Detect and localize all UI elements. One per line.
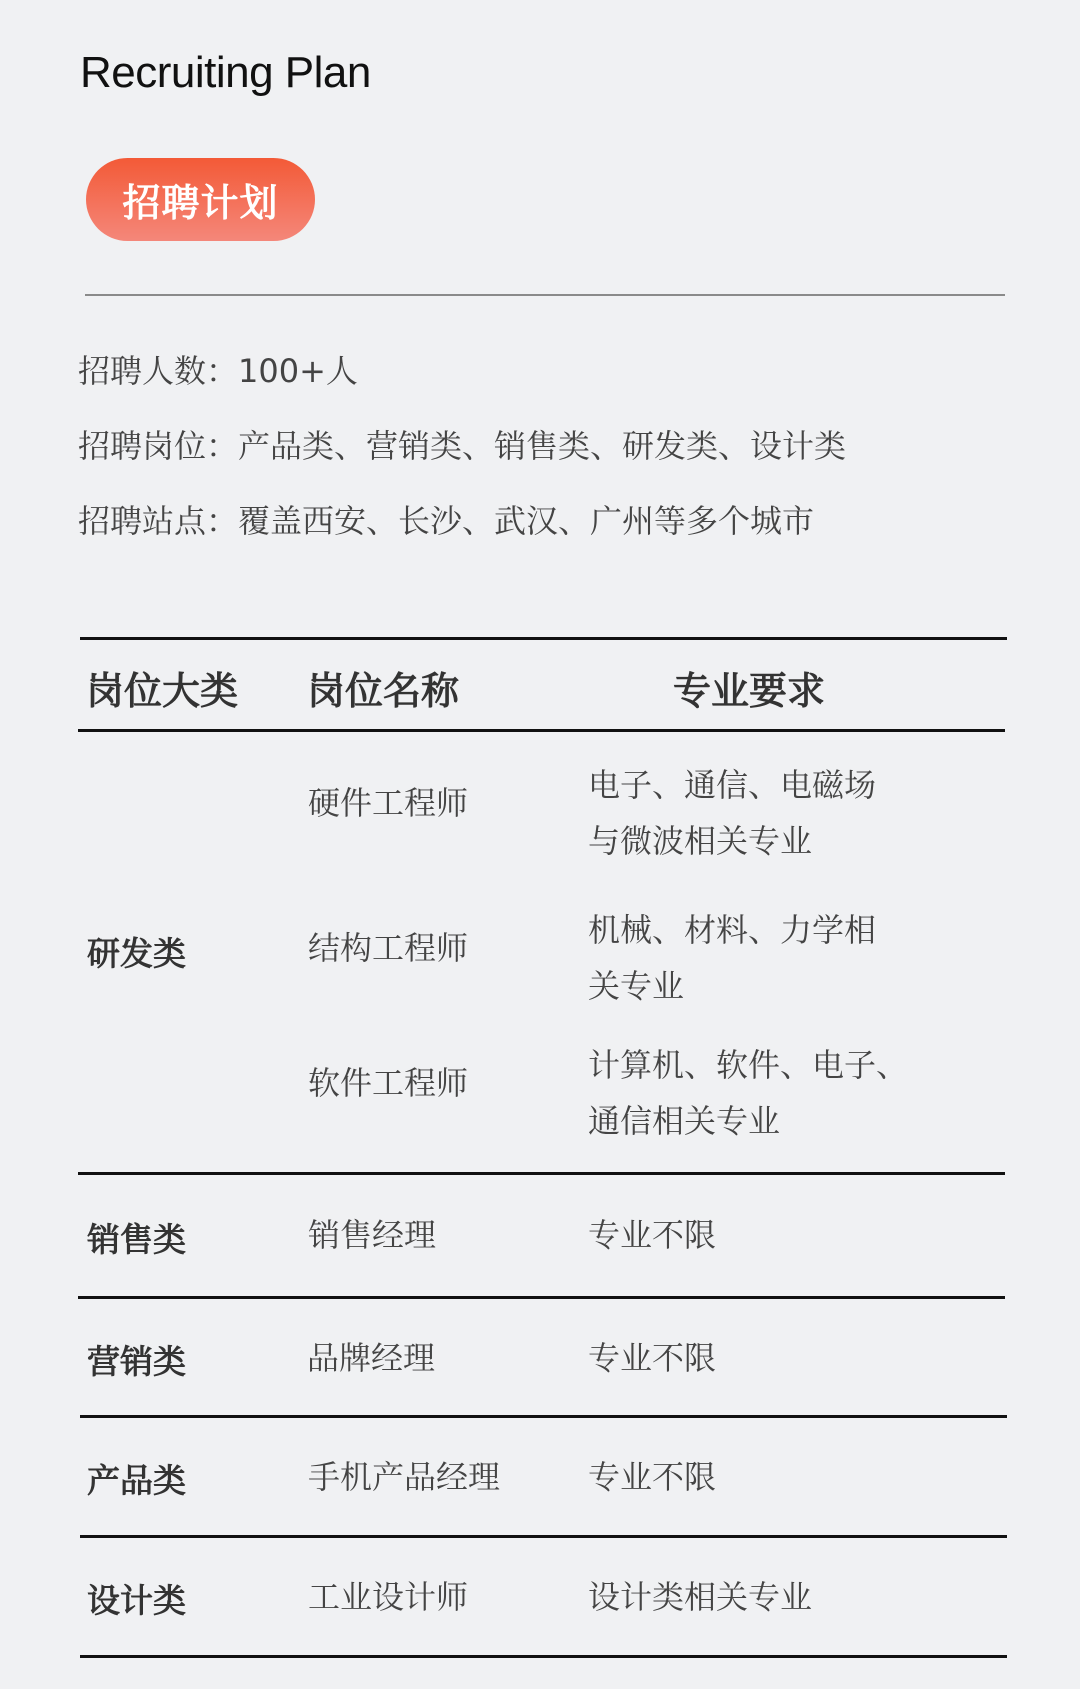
position-cell: 结构工程师 <box>308 920 468 976</box>
summary-label: 招聘人数： <box>78 352 238 390</box>
requirement-cell: 设计类相关专业 <box>588 1569 812 1625</box>
summary-value: 产品类、营销类、销售类、研发类、设计类 <box>238 427 846 465</box>
section-badge: 招聘计划 <box>86 158 315 241</box>
category-cell: 营销类 <box>87 1336 186 1383</box>
category-cell: 设计类 <box>87 1575 186 1622</box>
summary-label: 招聘岗位： <box>78 427 238 465</box>
summary-positions: 招聘岗位：产品类、营销类、销售类、研发类、设计类 <box>78 421 846 467</box>
requirement-line: 机械、材料、力学相 <box>588 902 876 958</box>
requirement-cell: 机械、材料、力学相 关专业 <box>588 902 876 1014</box>
column-header-position: 岗位名称 <box>307 660 459 715</box>
table-row-rule <box>78 1296 1005 1299</box>
requirement-line: 关专业 <box>588 958 876 1014</box>
requirement-cell: 专业不限 <box>588 1207 716 1263</box>
summary-value: 覆盖西安、长沙、武汉、广州等多个城市 <box>238 502 814 540</box>
position-cell: 销售经理 <box>308 1207 436 1263</box>
requirement-cell: 电子、通信、电磁场 与微波相关专业 <box>588 757 876 869</box>
position-cell: 品牌经理 <box>307 1330 435 1386</box>
category-cell: 销售类 <box>87 1214 186 1261</box>
page-title: Recruiting Plan <box>80 48 371 98</box>
requirement-cell: 专业不限 <box>588 1330 716 1386</box>
requirement-line: 电子、通信、电磁场 <box>588 757 876 813</box>
section-divider <box>85 294 1005 296</box>
requirement-line: 与微波相关专业 <box>588 813 876 869</box>
requirement-cell: 计算机、软件、电子、 通信相关专业 <box>588 1037 908 1149</box>
requirement-cell: 专业不限 <box>588 1449 716 1505</box>
table-row-rule <box>80 1535 1007 1538</box>
table-row-rule <box>80 1415 1007 1418</box>
table-top-rule <box>80 637 1007 640</box>
position-cell: 软件工程师 <box>308 1055 468 1111</box>
column-header-requirement: 专业要求 <box>673 660 825 715</box>
requirement-line: 通信相关专业 <box>588 1093 908 1149</box>
table-row-rule <box>78 1172 1005 1175</box>
position-cell: 手机产品经理 <box>308 1449 500 1505</box>
table-header-rule <box>78 729 1005 732</box>
summary-label: 招聘站点： <box>78 502 238 540</box>
table-bottom-rule <box>80 1655 1007 1658</box>
summary-value: 100+人 <box>238 352 358 390</box>
column-header-category: 岗位大类 <box>86 660 238 715</box>
summary-headcount: 招聘人数：100+人 <box>78 346 358 392</box>
category-cell: 产品类 <box>87 1455 186 1502</box>
summary-locations: 招聘站点：覆盖西安、长沙、武汉、广州等多个城市 <box>78 496 814 542</box>
position-cell: 工业设计师 <box>308 1569 468 1625</box>
position-cell: 硬件工程师 <box>308 775 468 831</box>
category-cell: 研发类 <box>87 928 186 975</box>
requirement-line: 计算机、软件、电子、 <box>588 1037 908 1093</box>
